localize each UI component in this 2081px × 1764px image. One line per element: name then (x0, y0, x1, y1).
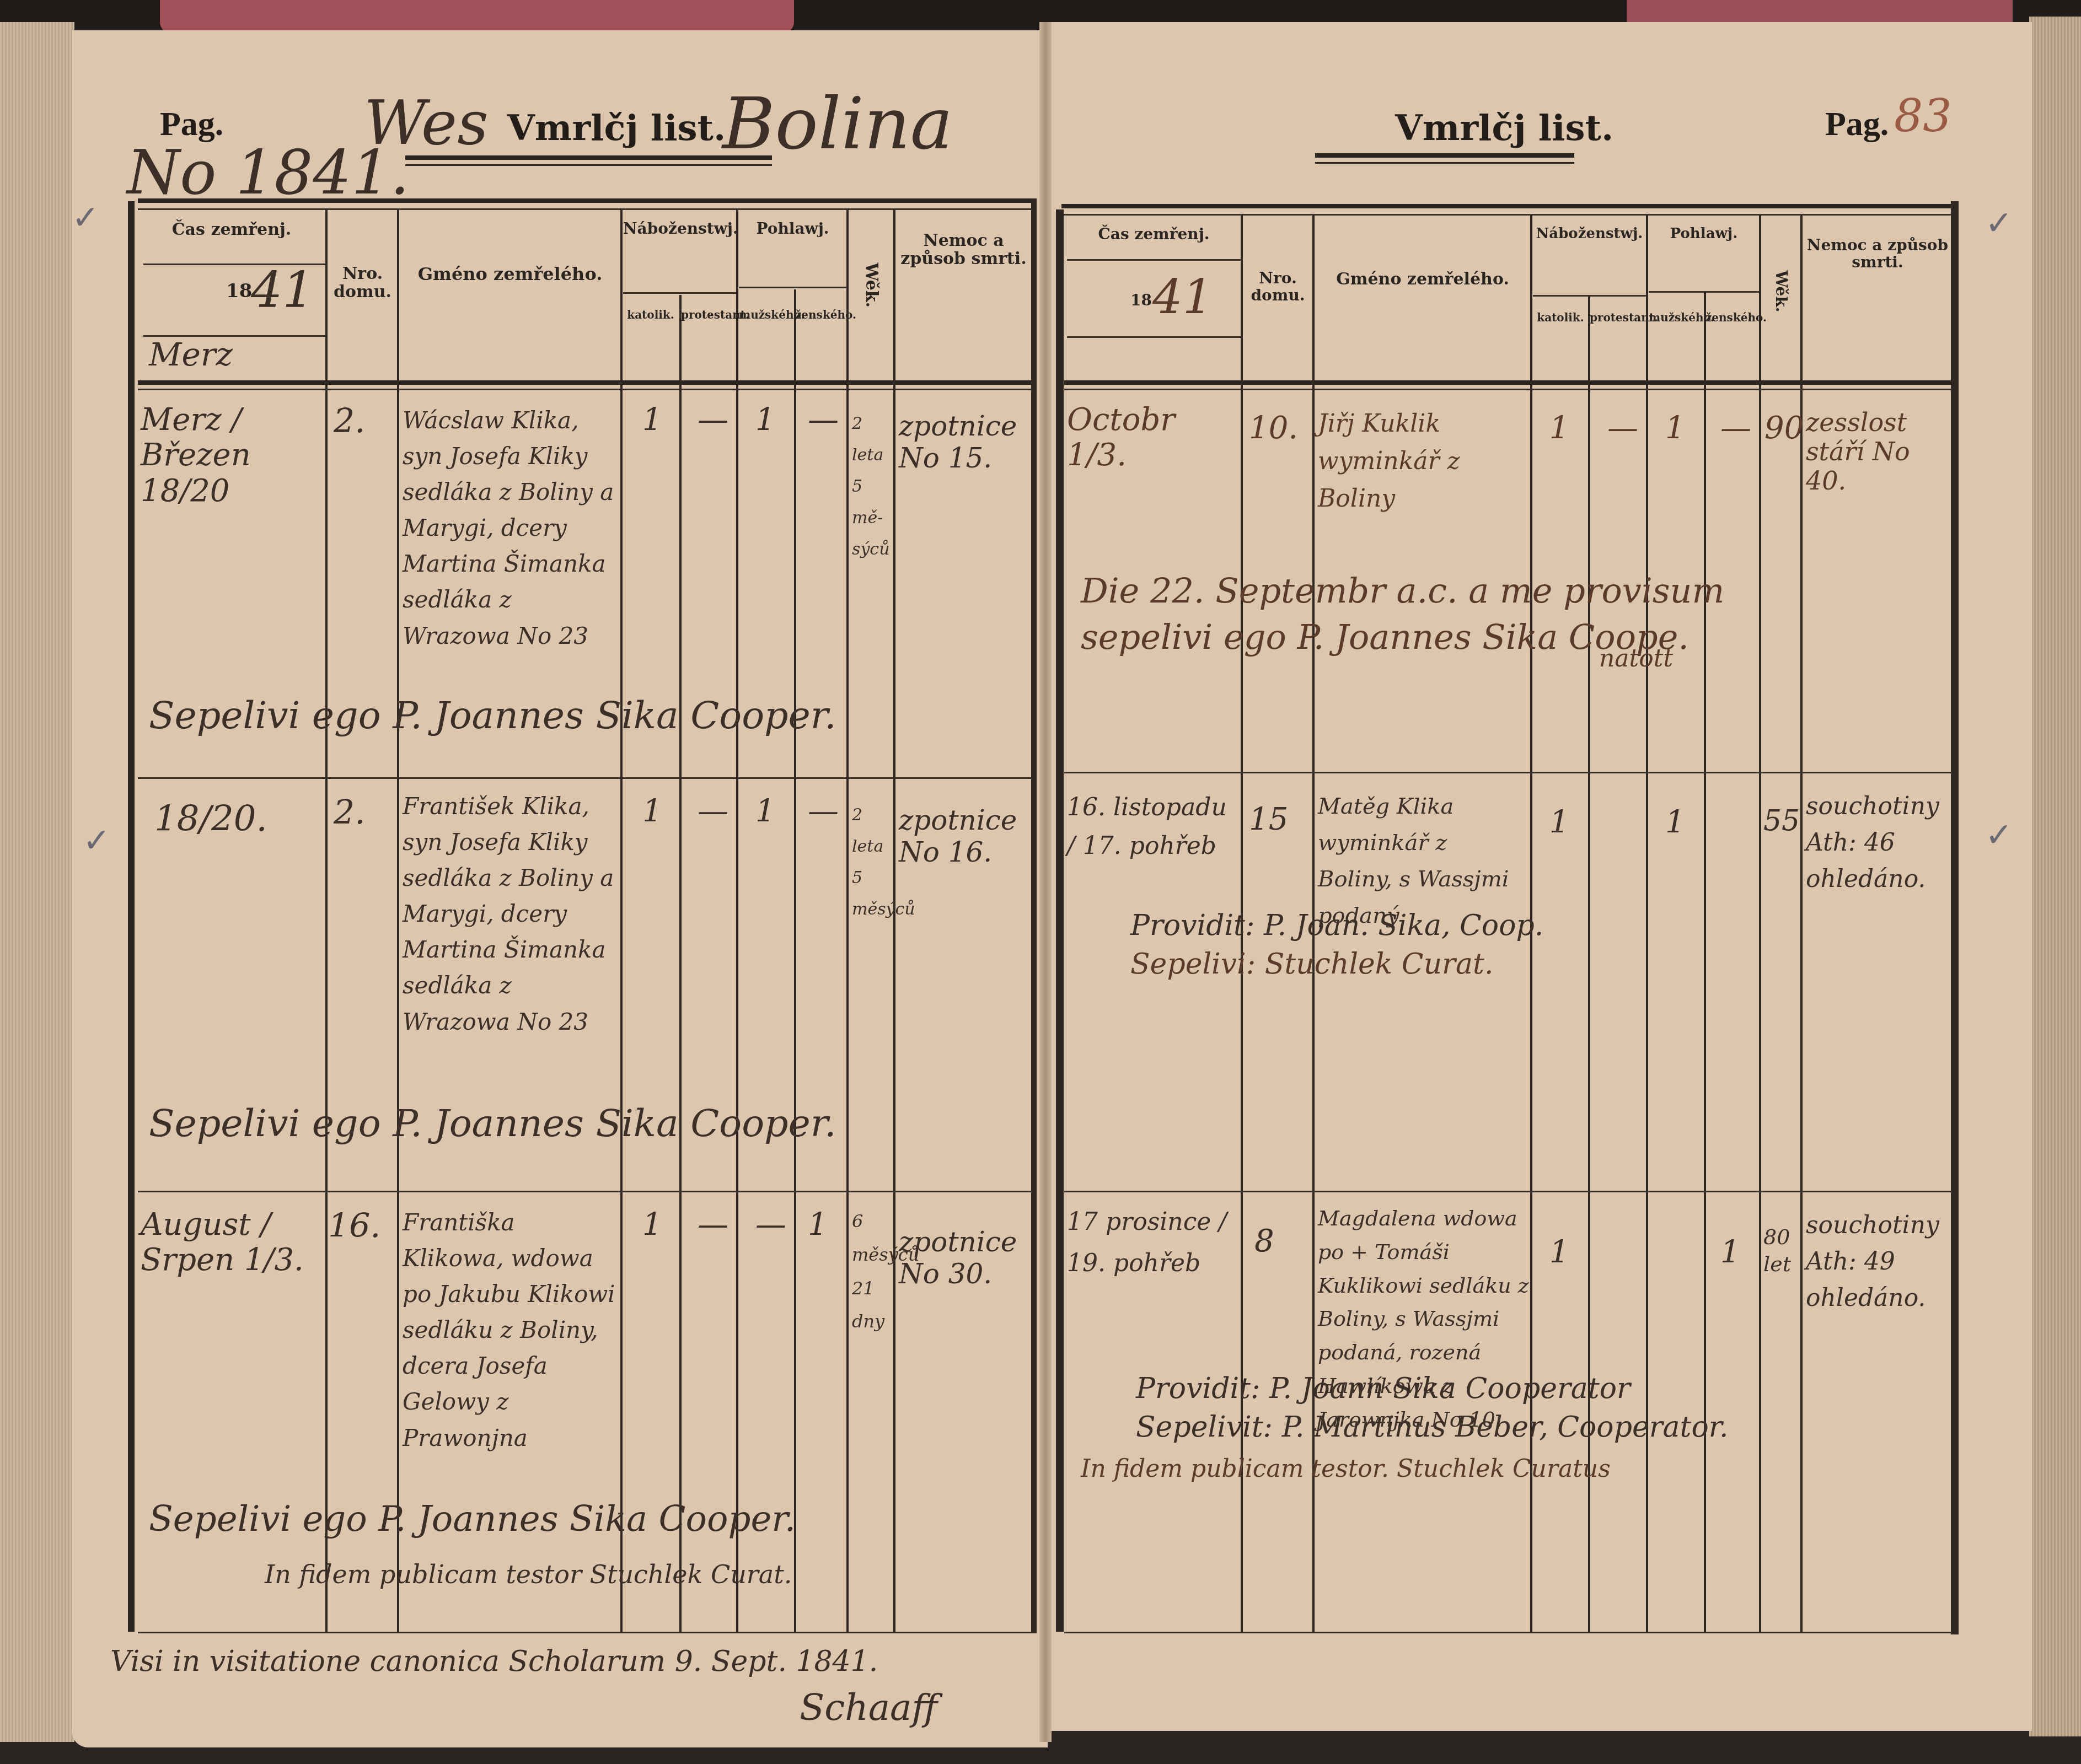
entry-cause: zpotnice No 16. (899, 805, 1031, 868)
margin-check-icon: ✓ (1985, 816, 2013, 854)
left-header-male: mužského. (739, 309, 794, 321)
entry-house-no: 16. (328, 1207, 380, 1245)
entry-age: 55 (1763, 805, 1800, 838)
entry-female: — (808, 794, 839, 829)
right-row-divider-2 (1064, 1191, 1952, 1192)
left-header-name: Gméno zemřelého. (400, 265, 620, 284)
left-sex-subrule (739, 287, 846, 288)
left-village-name: Bolina (722, 83, 953, 165)
book-gutter (1039, 22, 1052, 1742)
margin-check-icon: ✓ (72, 198, 99, 237)
entry-house-no: 15 (1249, 802, 1288, 837)
left-col-divider (846, 209, 849, 1632)
entry-date: August / Srpen 1/3. (141, 1207, 323, 1278)
left-header-month-written: Merz (149, 336, 233, 373)
left-village-prefix: Wes (364, 88, 489, 158)
left-header-house-no: Nro. domu. (328, 265, 397, 301)
right-sex-subrule (1649, 291, 1759, 293)
page-stack-left-edge (0, 22, 74, 1742)
right-page-number: 83 (1894, 91, 1951, 143)
entry-house-no: 8 (1254, 1224, 1274, 1259)
left-table-top-border-thin (138, 208, 1031, 210)
entry-burial: Die 22. Septembr a.c. a me provisum sepe… (1081, 568, 1853, 660)
entry-date: 16. listopadu / 17. pohřeb (1067, 788, 1241, 866)
right-header-name: Gméno zemřelého. (1315, 270, 1530, 288)
left-header-religion: Náboženstwj. (623, 220, 736, 238)
right-date-subrule-2 (1067, 336, 1241, 338)
left-row-divider-1 (138, 777, 1037, 779)
left-header-catholic: katolik. (623, 309, 678, 321)
right-header-bottom-border (1064, 380, 1952, 385)
left-header-sex: Pohlawj. (739, 220, 846, 238)
entry-burial: Sepelivi: Stuchlek Curat. (1130, 948, 1493, 981)
right-date-subrule-1 (1067, 259, 1241, 261)
entry-testimony-note: In fidem publicam testor Stuchlek Curat. (265, 1560, 792, 1589)
left-title-underline (405, 155, 772, 160)
entry-date: Octobr 1/3. (1067, 402, 1238, 474)
entry-date: 17 prosince / 19. pohřeb (1067, 1202, 1241, 1284)
entry-name: Wácslaw Klika, syn Josefa Kliky sedláka … (403, 402, 618, 654)
red-bookmark-cloth (160, 0, 794, 33)
entry-catholic: 1 (1549, 1235, 1569, 1270)
entry-female: 1 (808, 1207, 828, 1243)
entry-age: 2 leta 5 mě­sýců (852, 408, 891, 565)
right-title-underline-thin (1315, 162, 1574, 164)
left-page-title: Vmrlčj list. (507, 107, 726, 149)
entry-male: 1 (1665, 411, 1685, 446)
entry-name: Jiřj Kuklik wyminkář z Boliny (1318, 405, 1527, 518)
left-header-year-prefix: 18 (226, 281, 252, 302)
entry-burial: Sepelivi ego P. Joannes Sika Cooper. (149, 1102, 836, 1145)
right-header-protestant: protestant. (1590, 311, 1646, 324)
entry-house-no: 2. (334, 402, 365, 440)
entry-cause: zesslost stáří No 40. (1806, 408, 1952, 496)
entry-cause: souchotiny Ath: 49 ohledáno. (1806, 1207, 1952, 1316)
entry-age: 6 měsýců 21 dny (852, 1204, 891, 1338)
margin-check-icon: ✓ (1985, 204, 2013, 243)
right-header-date: Čas zemřenj. (1067, 226, 1241, 243)
left-religion-subrule (623, 292, 736, 294)
left-header-protestant: protestant. (681, 309, 736, 321)
entry-catholic: 1 (642, 794, 662, 829)
right-header-bottom-border-thin (1064, 389, 1952, 390)
entry-catholic: 1 (642, 402, 662, 438)
entry-provided: Providit: P. Joann Sika Cooperator (1136, 1373, 1631, 1406)
right-pag-label: Pag. (1825, 105, 1889, 144)
left-col-divider (736, 209, 738, 1632)
entry-age: 2 leta 5 měsýců (852, 799, 891, 925)
right-header-female: ženského. (1705, 311, 1759, 324)
left-table-right-border (1031, 198, 1037, 1632)
left-table-bottom-border (138, 1632, 1037, 1633)
entry-catholic: 1 (642, 1207, 662, 1243)
right-title-underline (1315, 153, 1574, 158)
right-table-bottom-border (1064, 1632, 1952, 1633)
entry-protestant: — (698, 402, 728, 438)
entry-male: 1 (755, 402, 775, 438)
entry-female: — (808, 402, 839, 438)
visitation-signature: Schaaff (800, 1687, 937, 1729)
entry-provided: Providit: P. Joan. Sika, Coop. (1130, 910, 1543, 943)
left-header-bottom-border (138, 380, 1037, 385)
right-row-divider-1 (1064, 772, 1952, 773)
right-header-age: Wěk. (1773, 270, 1790, 309)
right-header-cause: Nemoc a způsob smrti. (1803, 237, 1952, 271)
left-col-divider (893, 209, 895, 1632)
entry-protestant: — (1607, 411, 1638, 446)
right-col-divider (1759, 215, 1761, 1632)
left-table-top-border (138, 198, 1031, 203)
entry-burial: Sepelivi ego P. Joannes Sika Cooper. (149, 695, 836, 738)
entry-age: 80 let (1763, 1224, 1799, 1278)
right-table-right-border (1951, 201, 1959, 1634)
entry-house-no: 2. (334, 794, 365, 832)
right-table-outer-border (1056, 209, 1064, 1632)
left-col-divider (794, 289, 796, 1632)
entry-testimony-note: In fidem publicam testor. Stuchlek Curat… (1081, 1455, 1611, 1483)
entry-cause: souchotiny Ath: 46 ohledáno. (1806, 788, 1952, 897)
left-col-divider (397, 209, 399, 1632)
left-header-year-written: 41 (251, 262, 314, 319)
entry-burial: Sepelivi ego P. Joannes Sika Cooper. (149, 1499, 796, 1540)
page-stack-right-edge (2029, 17, 2081, 1736)
entry-name: Františka Klikowa, wdowa po Jakubu Kliko… (403, 1204, 618, 1456)
right-religion-subrule (1533, 295, 1646, 297)
visitation-note: Visi in visitatione canonica Scholarum 9… (110, 1645, 878, 1679)
entry-date: Merz / Březen 18/20 (141, 402, 323, 509)
left-col-divider (620, 209, 623, 1632)
left-header-female: ženského. (795, 309, 846, 321)
entry-cause: zpotnice No 30. (899, 1227, 1031, 1290)
left-row-divider-2 (138, 1191, 1037, 1192)
left-header-age: Wěk. (862, 263, 881, 307)
left-col-divider (679, 295, 682, 1632)
left-title-underline-thin (405, 164, 772, 166)
right-header-religion: Náboženstwj. (1533, 226, 1646, 242)
entry-protestant: — (698, 794, 728, 829)
entry-date: 18/20. (154, 799, 320, 840)
entry-male: 1 (1665, 805, 1685, 840)
margin-check-icon: ✓ (83, 821, 110, 860)
entry-female: 1 (1720, 1235, 1740, 1270)
left-header-bottom-border-thin (138, 389, 1037, 390)
left-col-divider (325, 209, 328, 1632)
entry-cause: zpotnice No 15. (899, 411, 1031, 474)
right-header-sex: Pohlawj. (1649, 226, 1759, 242)
right-header-year-written: 41 (1152, 270, 1213, 325)
right-header-house-no: Nro. domu. (1243, 270, 1312, 304)
entry-burial: Sepelivit: P. Martinus Beber, Cooperator… (1136, 1411, 1728, 1444)
right-page-title: Vmrlčj list. (1395, 107, 1613, 149)
entry-protestant: — (698, 1207, 728, 1243)
right-table-top-border-thin (1061, 214, 1955, 216)
entry-name: František Klika, syn Josefa Kliky sedlák… (403, 788, 618, 1040)
entry-house-no: 10. (1249, 411, 1298, 446)
left-header-cause: Nemoc a způsob smrti. (896, 232, 1031, 268)
entry-catholic: 1 (1549, 805, 1569, 840)
entry-male: — (755, 1207, 786, 1243)
right-table-top-border (1061, 204, 1955, 208)
left-table-outer-border (128, 201, 135, 1632)
entry-male: 1 (755, 794, 775, 829)
red-bookmark-cloth-right (1627, 0, 2013, 22)
entry-catholic: 1 (1549, 411, 1569, 446)
entry-female: — (1720, 411, 1751, 446)
right-header-male: mužského. (1649, 311, 1704, 324)
left-header-date: Čas zemřenj. (138, 220, 325, 239)
right-header-year-prefix: 18 (1130, 292, 1152, 309)
entry-burial-extra: natott (1599, 645, 1673, 673)
entry-age: 90 (1764, 411, 1804, 446)
right-header-catholic: katolik. (1533, 311, 1588, 324)
